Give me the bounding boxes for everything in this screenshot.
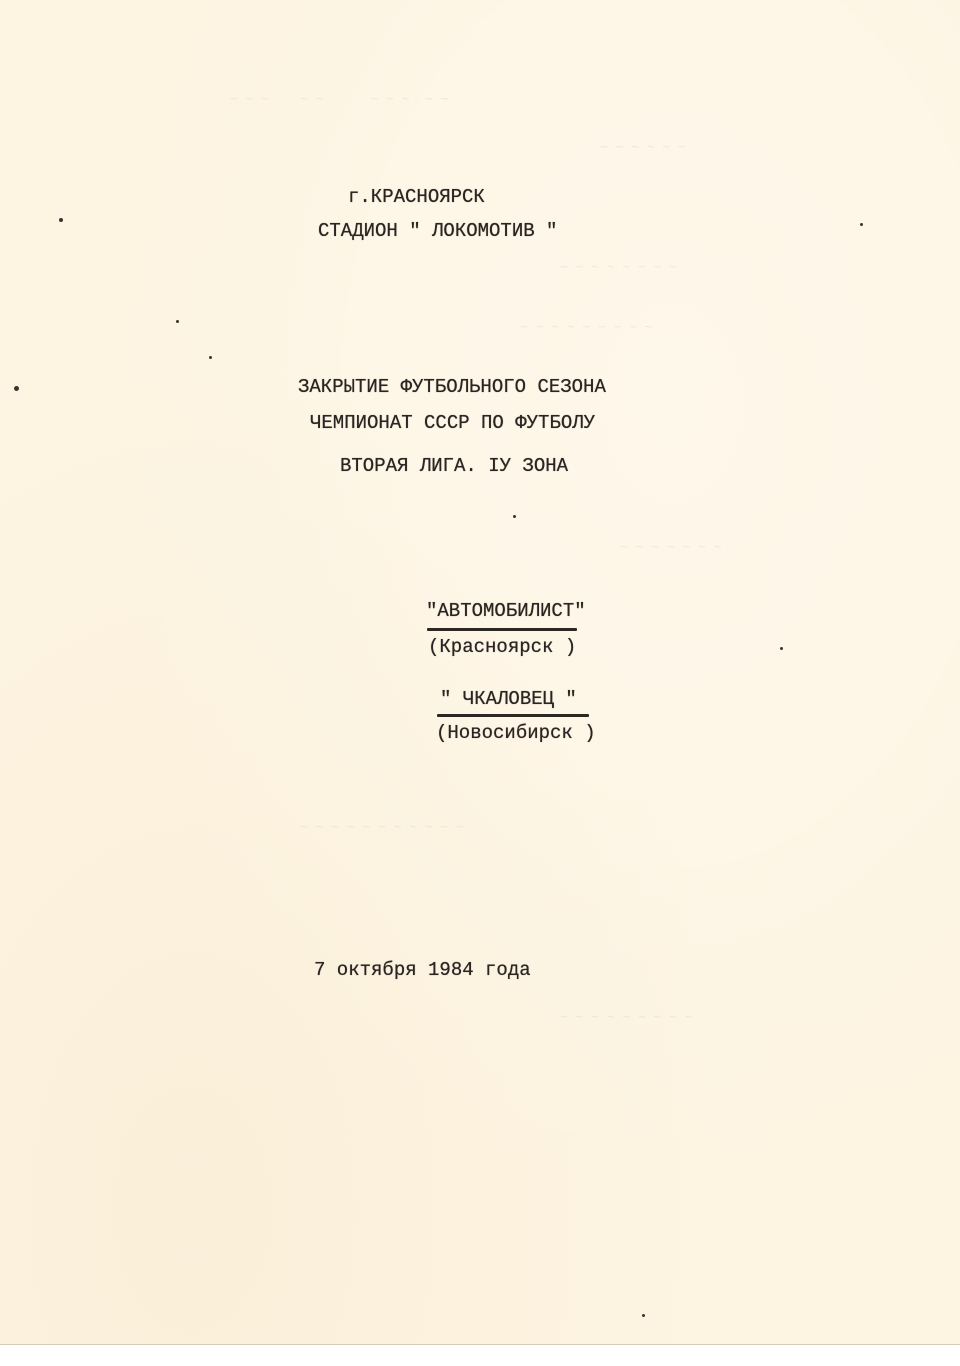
away-team-name: " ЧКАЛОВЕЦ " — [440, 688, 577, 710]
ink-speck — [860, 223, 863, 226]
match-date: 7 октября 1984 года — [314, 959, 531, 981]
league-title: ВТОРАЯ ЛИГА. IУ ЗОНА — [340, 455, 568, 477]
ink-speck — [513, 515, 516, 518]
event-title: ЗАКРЫТИЕ ФУТБОЛЬНОГО СЕЗОНА — [298, 376, 606, 398]
home-team-underline — [427, 628, 577, 631]
ink-speck — [642, 1314, 645, 1317]
ink-speck — [176, 320, 179, 323]
home-team-city: (Красноярск ) — [428, 636, 576, 658]
bleed-through-text: ~ ~ ~ ~ ~ ~ ~ ~ ~ ~ ~ — [300, 820, 464, 835]
bleed-through-text: ~ ~ ~ ~ ~ ~ ~ ~ — [560, 260, 677, 275]
ink-speck — [14, 386, 19, 391]
bleed-through-text: ~ ~ ~ ~ ~ ~ — [600, 140, 686, 155]
stadium-heading: СТАДИОН " ЛОКОМОТИВ " — [318, 220, 557, 242]
ink-speck — [209, 356, 212, 359]
home-team-name: "АВТОМОБИЛИСТ" — [426, 600, 586, 622]
away-team-underline — [437, 714, 589, 717]
bleed-through-text: ~ ~ ~ ~ ~ ~ ~ — [620, 540, 721, 555]
bleed-through-text: ~ ~ ~ ~ ~ ~ ~ ~ ~ ~ — [230, 92, 448, 107]
ink-speck — [59, 218, 63, 222]
bleed-through-text: ~ ~ ~ ~ ~ ~ ~ ~ ~ — [560, 1010, 693, 1025]
city-heading: г.КРАСНОЯРСК — [348, 186, 485, 208]
ink-speck — [780, 647, 783, 650]
bleed-through-text: ~ ~ ~ ~ ~ ~ ~ ~ ~ — [520, 320, 653, 335]
paper-sheet: ~ ~ ~ ~ ~ ~ ~ ~ ~ ~ ~ ~ ~ ~ ~ ~ ~ ~ ~ ~ … — [0, 0, 960, 1345]
championship-title: ЧЕМПИОНАТ СССР ПО ФУТБОЛУ — [310, 412, 595, 434]
away-team-city: (Новосибирск ) — [436, 722, 596, 744]
